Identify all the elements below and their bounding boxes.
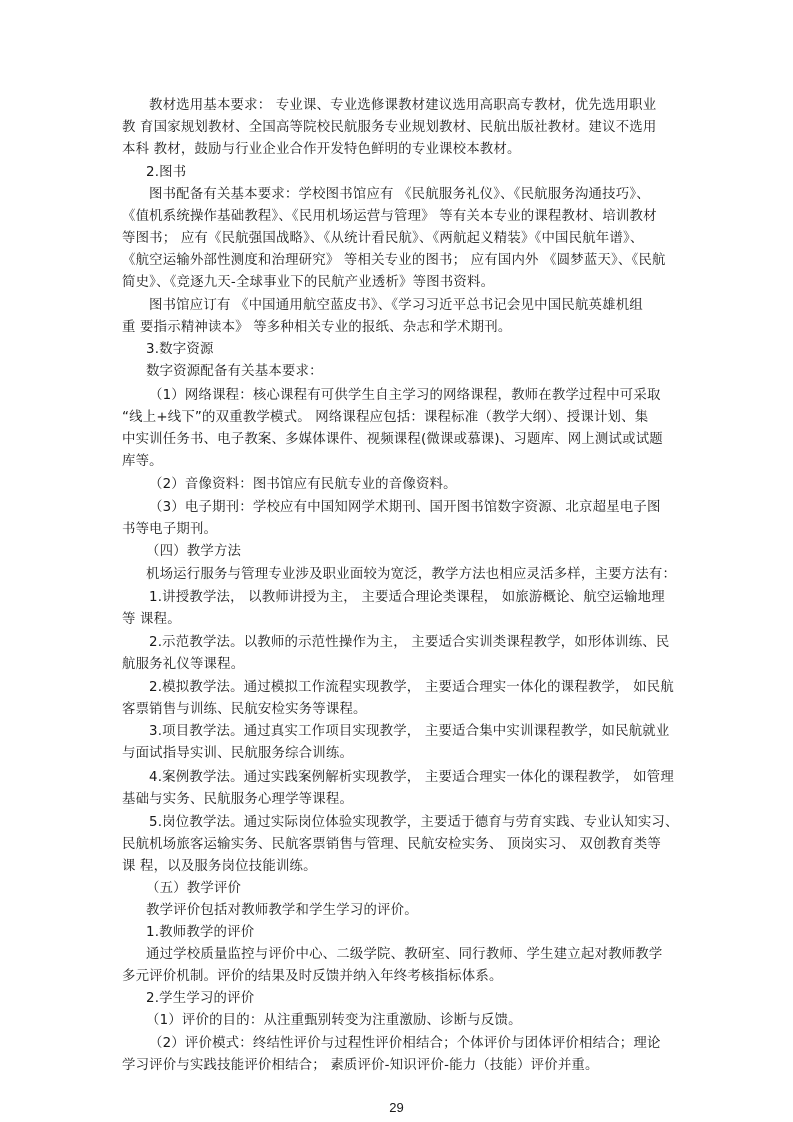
text-line: 通过学校质量监控与评价中心、二级学院、教研室、同行教师、学生建立起对教师教学 <box>146 945 698 965</box>
text-line: 简史》、《竞逐九天-全球事业下的民航产业透析》等图书资料。 <box>122 273 674 293</box>
text-line: 图书馆应订有 《中国通用航空蓝皮书》、《学习习近平总书记会见中国民航英雄机组 <box>149 296 701 316</box>
text-line: （2）音像资料：图书馆应有民航专业的音像资料。 <box>149 475 701 495</box>
text-line: （五）教学评价 <box>146 879 698 899</box>
text-line: 2.学生学习的评价 <box>146 989 698 1009</box>
text-line: 5.岗位教学法。通过实际岗位体验实现教学，主要适于德育与劳育实践、专业认知实习、 <box>149 813 701 833</box>
text-line: （四）教学方法 <box>146 542 698 562</box>
text-line: （3）电子期刊：学校应有中国知网学术期刊、国开图书馆数字资源、北京超星电子图 <box>149 498 701 518</box>
page-number: 29 <box>0 1100 793 1115</box>
text-line: 《值机系统操作基础教程》、《民用机场运营与管理》 等有关本专业的课程教材、培训教… <box>122 207 674 227</box>
text-line: 书等电子期刊。 <box>122 520 674 540</box>
text-line: 《航空运输外部性测度和治理研究》 等相关专业的图书； 应有国内外 《圆梦蓝天》、… <box>122 251 674 271</box>
text-line: 民航机场旅客运输实务、民航客票销售与管理、民航安检实务、 顶岗实习、 双创教育类… <box>122 835 674 855</box>
text-line: 与面试指导实训、民航服务综合训练。 <box>122 744 674 764</box>
text-line: 等图书； 应有《民航强国战略》、《从统计看民航》、《两航起义精装》《中国民航年谱… <box>122 229 674 249</box>
text-line: 学习评价与实践技能评价相结合； 素质评价-知识评价-能力（技能）评价并重。 <box>122 1056 674 1076</box>
text-line: 3.数字资源 <box>146 340 698 360</box>
text-line: 数字资源配备有关基本要求： <box>146 362 698 382</box>
text-line: 库等。 <box>122 452 674 472</box>
document-page: 教材选用基本要求： 专业课、专业选修课教材建议选用高职高专教材，优先选用职业教 … <box>0 0 793 1122</box>
text-line: 课 程，以及服务岗位技能训练。 <box>122 857 674 877</box>
text-line: （2）评价模式：终结性评价与过程性评价相结合；个体评价与团体评价相结合；理论 <box>149 1034 701 1054</box>
text-line: 1.讲授教学法， 以教师讲授为主， 主要适合理论类课程， 如旅游概论、航空运输地… <box>149 588 701 608</box>
text-line: 教学评价包括对教师教学和学生学习的评价。 <box>146 901 698 921</box>
text-line: 本科 教材，鼓励与行业企业合作开发特色鲜明的专业课校本教材。 <box>122 140 674 160</box>
text-line: 3.项目教学法。通过真实工作项目实现教学， 主要适合集中实训课程教学，如民航就业 <box>149 722 701 742</box>
text-line: 教 育国家规划教材、全国高等院校民航服务专业规划教材、民航出版社教材。建议不选用 <box>122 118 674 138</box>
text-line: 2.模拟教学法。通过模拟工作流程实现教学， 主要适合理实一体化的课程教学， 如民… <box>149 678 701 698</box>
text-line: 基础与实务、民航服务心理学等课程。 <box>122 790 674 810</box>
text-line: （1）网络课程：核心课程有可供学生自主学习的网络课程，教师在教学过程中可采取 <box>149 386 701 406</box>
text-line: 中实训任务书、电子教案、多媒体课件、视频课程(微课或慕课)、习题库、网上测试或试… <box>122 430 674 450</box>
text-line: 4.案例教学法。通过实践案例解析实现教学， 主要适合理实一体化的课程教学， 如管… <box>149 768 701 788</box>
text-line: 等 课程。 <box>122 610 674 630</box>
text-line: 机场运行服务与管理专业涉及职业面较为宽泛，教学方法也相应灵活多样，主要方法有： <box>146 565 698 585</box>
text-line: 2.图书 <box>146 163 698 183</box>
text-line: 教材选用基本要求： 专业课、专业选修课教材建议选用高职高专教材，优先选用职业 <box>149 96 701 116</box>
text-line: 图书配备有关基本要求：学校图书馆应有 《民航服务礼仪》、《民航服务沟通技巧》、 <box>149 185 701 205</box>
text-line: 客票销售与训练、民航安检实务等课程。 <box>122 700 674 720</box>
text-line: （1）评价的目的：从注重甄别转变为注重激励、诊断与反馈。 <box>146 1011 698 1031</box>
text-line: “线上+线下”的双重教学模式。 网络课程应包括：课程标准（教学大纲）、授课计划、… <box>122 408 674 428</box>
text-line: 多元评价机制。评价的结果及时反馈并纳入年终考核指标体系。 <box>122 967 674 987</box>
text-line: 航服务礼仪等课程。 <box>122 655 674 675</box>
text-line: 2.示范教学法。以教师的示范性操作为主， 主要适合实训类课程教学，如形体训练、民 <box>149 633 701 653</box>
text-line: 1.教师教学的评价 <box>146 923 698 943</box>
text-line: 重 要指示精神读本》 等多种相关专业的报纸、杂志和学术期刊。 <box>122 318 674 338</box>
